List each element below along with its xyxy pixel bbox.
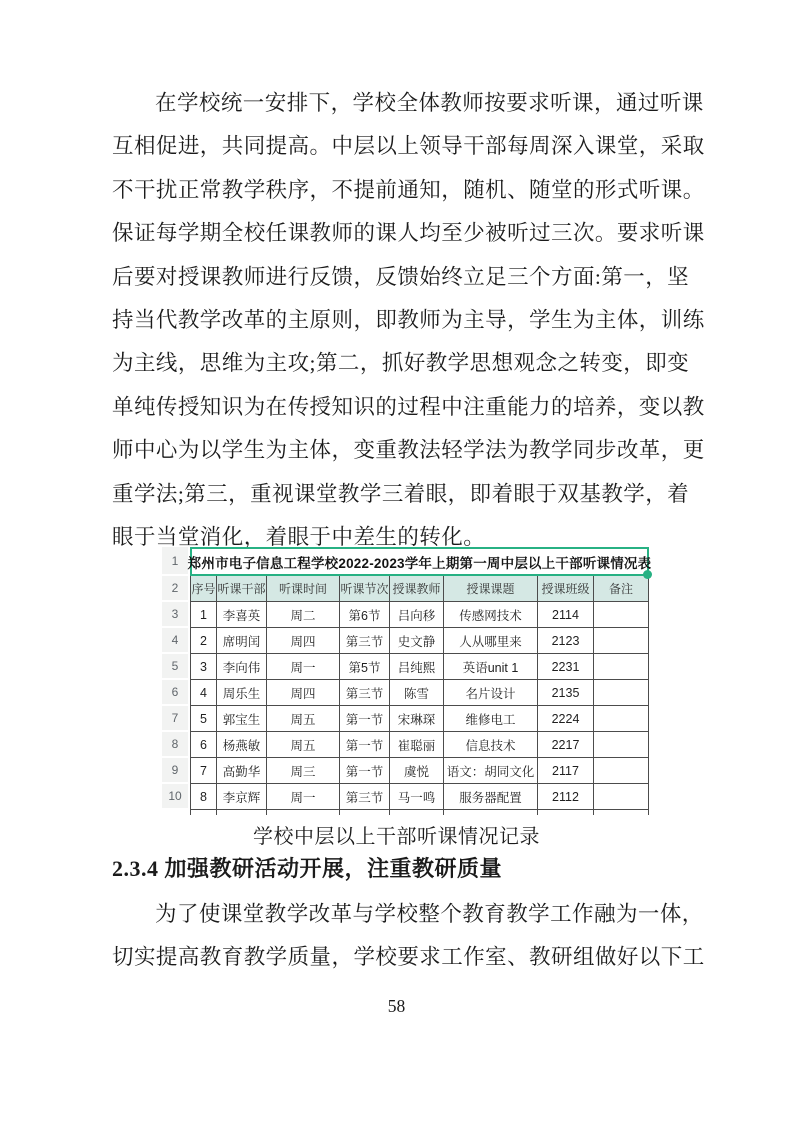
- row-number: 3: [162, 602, 188, 628]
- table-cell: 史文静: [390, 628, 444, 654]
- column-header: 授课班级: [538, 576, 594, 602]
- table-cell: 2114: [538, 602, 594, 628]
- table-cell: 第一节: [340, 732, 390, 758]
- table-cell: 吕向移: [390, 602, 444, 628]
- text-line: 为主线，思维为主攻;第二，抓好教学思想观念之转变，即变: [112, 342, 690, 385]
- table-cell: 传感网技术: [444, 602, 538, 628]
- table-cell: 李京辉: [217, 784, 267, 810]
- page-number: 58: [0, 996, 793, 1017]
- text-line: 互相促进，共同提高。中层以上领导干部每周深入课堂，采取: [112, 125, 690, 168]
- table-cell: 周五: [267, 732, 340, 758]
- table-cell: 2112: [538, 784, 594, 810]
- table-cell: 宋琳琛: [390, 706, 444, 732]
- table-cell: 周四: [267, 628, 340, 654]
- document-page: 在学校统一安排下，学校全体教师按要求听课，通过听课互相促进，共同提高。中层以上领…: [0, 0, 793, 1122]
- table-cell: 第6节: [340, 602, 390, 628]
- row-number: 10: [162, 784, 188, 810]
- table-cell: 高勤华: [217, 758, 267, 784]
- table-cell: 服务器配置: [444, 784, 538, 810]
- row-number: 6: [162, 680, 188, 706]
- embedded-spreadsheet-table: 12345678910 郑州市电子信息工程学校2022-2023学年上期第一周中…: [162, 547, 649, 815]
- table-cell: 4: [190, 680, 217, 706]
- table-cell: 7: [190, 758, 217, 784]
- table-cell: 虞悦: [390, 758, 444, 784]
- table-cell: 维修电工: [444, 706, 538, 732]
- text-line: 保证每学期全校任课教师的课人均至少被听过三次。要求听课: [112, 212, 690, 255]
- row-number: 2: [162, 576, 188, 602]
- row-number: 9: [162, 758, 188, 784]
- row-number: 8: [162, 732, 188, 758]
- table-cell: 2123: [538, 628, 594, 654]
- table-cell: [594, 784, 649, 810]
- row-number: 1: [162, 547, 188, 576]
- text-line: 不干扰正常教学秩序，不提前通知，随机、随堂的形式听课。: [112, 169, 690, 212]
- selection-handle-dot: [643, 570, 652, 579]
- table-cell: 2224: [538, 706, 594, 732]
- row-number: 4: [162, 628, 188, 654]
- table-cell: 周二: [267, 602, 340, 628]
- table-cell: [594, 732, 649, 758]
- table-cell: 第三节: [340, 628, 390, 654]
- table-cell: 第三节: [340, 784, 390, 810]
- table-cell: [594, 680, 649, 706]
- table-cell: 马一鸣: [390, 784, 444, 810]
- table-cell: 1: [190, 602, 217, 628]
- text-line: 持当代教学改革的主原则，即教师为主导，学生为主体，训练: [112, 299, 690, 342]
- column-header: 序号: [190, 576, 217, 602]
- table-cell: 周五: [267, 706, 340, 732]
- text-line: 为了使课堂教学改革与学校整个教育教学工作融为一体，: [112, 893, 690, 936]
- table-cell: 第5节: [340, 654, 390, 680]
- table-cell: 席明闰: [217, 628, 267, 654]
- table-caption: 学校中层以上干部听课情况记录: [0, 820, 793, 849]
- column-header: 备注: [594, 576, 649, 602]
- table-cell: 崔聪丽: [390, 732, 444, 758]
- table-cell: 3: [190, 654, 217, 680]
- table-cell: 2117: [538, 758, 594, 784]
- sheet-grid: 郑州市电子信息工程学校2022-2023学年上期第一周中层以上干部听课情况表 序…: [190, 547, 649, 815]
- table-cell: 名片设计: [444, 680, 538, 706]
- table-cell: 李喜英: [217, 602, 267, 628]
- table-cell: 周三: [267, 758, 340, 784]
- table-cell: 李向伟: [217, 654, 267, 680]
- table-cell: [594, 706, 649, 732]
- table-cell: 陈雪: [390, 680, 444, 706]
- column-header: 听课节次: [340, 576, 390, 602]
- table-cell: 周四: [267, 680, 340, 706]
- paragraph-1: 在学校统一安排下，学校全体教师按要求听课，通过听课互相促进，共同提高。中层以上领…: [112, 82, 690, 559]
- table-cell: 第一节: [340, 706, 390, 732]
- table-cell: 6: [190, 732, 217, 758]
- table-cell: 第一节: [340, 758, 390, 784]
- sheet-title-text: 郑州市电子信息工程学校2022-2023学年上期第一周中层以上干部听课情况表: [188, 552, 652, 572]
- table-cell: 吕纯熙: [390, 654, 444, 680]
- section-heading: 2.3.4 加强教研活动开展，注重教研质量: [112, 852, 502, 883]
- text-line: 单纯传授知识为在传授知识的过程中注重能力的培养，变以教: [112, 386, 690, 429]
- text-line: 在学校统一安排下，学校全体教师按要求听课，通过听课: [112, 82, 690, 125]
- table-cell: 2217: [538, 732, 594, 758]
- text-line: 后要对授课教师进行反馈，反馈始终立足三个方面:第一，坚: [112, 256, 690, 299]
- table-cell: 周一: [267, 654, 340, 680]
- row-number-gutter: 12345678910: [162, 547, 188, 815]
- table-cell: [594, 758, 649, 784]
- column-header: 听课干部: [217, 576, 267, 602]
- row-number: 7: [162, 706, 188, 732]
- table-cell: [594, 628, 649, 654]
- table-cell: [594, 602, 649, 628]
- sheet-title-cell: 郑州市电子信息工程学校2022-2023学年上期第一周中层以上干部听课情况表: [190, 547, 649, 576]
- text-line: 重学法;第三，重视课堂教学三着眼，即着眼于双基教学，着: [112, 473, 690, 516]
- column-header: 授课课题: [444, 576, 538, 602]
- table-cell: 8: [190, 784, 217, 810]
- table-cell: [594, 654, 649, 680]
- table-cell: 2135: [538, 680, 594, 706]
- text-line: 师中心为以学生为主体，变重教法轻学法为教学同步改革，更: [112, 429, 690, 472]
- text-line: 切实提高教育教学质量，学校要求工作室、教研组做好以下工: [112, 936, 690, 979]
- table-cell: 杨燕敏: [217, 732, 267, 758]
- column-header: 听课时间: [267, 576, 340, 602]
- table-cell: 2231: [538, 654, 594, 680]
- table-cell: 郭宝生: [217, 706, 267, 732]
- table-cell: 2: [190, 628, 217, 654]
- table-cell: 语文：胡同文化: [444, 758, 538, 784]
- table-cell: 信息技术: [444, 732, 538, 758]
- paragraph-2: 为了使课堂教学改革与学校整个教育教学工作融为一体，切实提高教育教学质量，学校要求…: [112, 893, 690, 980]
- table-cell: 第三节: [340, 680, 390, 706]
- row-number: 5: [162, 654, 188, 680]
- table-cell: 英语unit 1: [444, 654, 538, 680]
- table-cell: 周乐生: [217, 680, 267, 706]
- column-header: 授课教师: [390, 576, 444, 602]
- table-cell: 周一: [267, 784, 340, 810]
- table-cell: 5: [190, 706, 217, 732]
- table-cell: 人从哪里来: [444, 628, 538, 654]
